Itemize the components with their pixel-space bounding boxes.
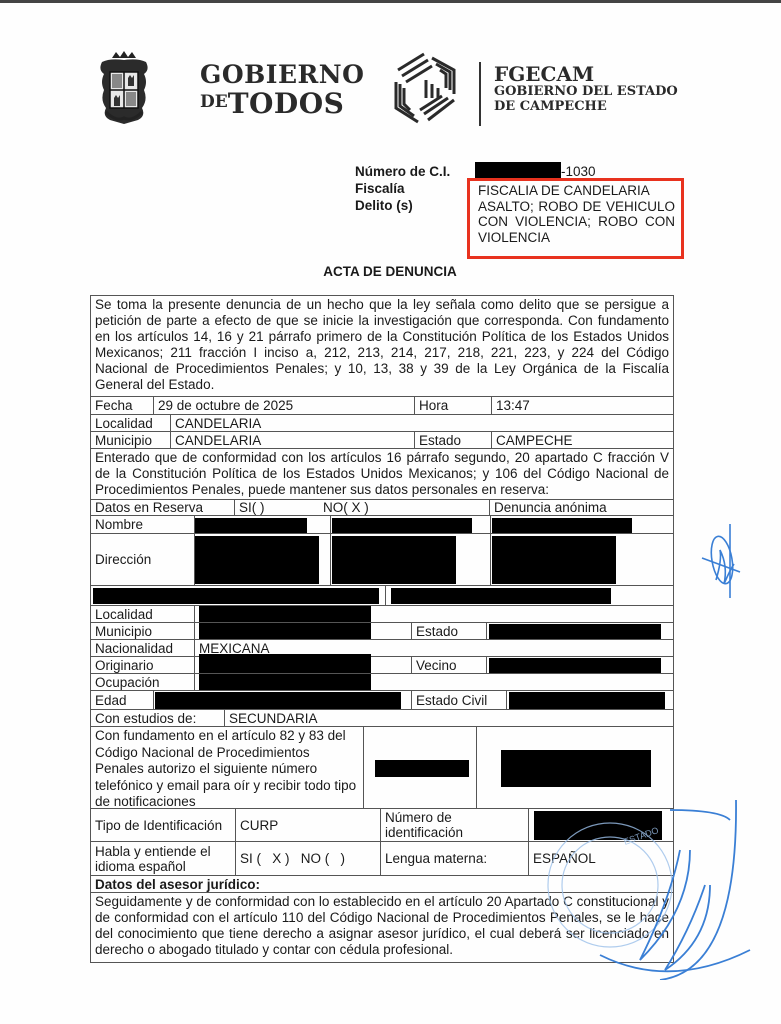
persona-estado-label: Estado (411, 623, 486, 639)
case-number-label: Número de C.I. (355, 164, 450, 180)
fiscalia-label: Fiscalía (355, 181, 405, 197)
direccion-extra-row (91, 585, 673, 605)
intro-text: Se toma la presente denuncia de un hecho… (91, 296, 673, 394)
svg-text:ESTADO: ESTADO (622, 825, 660, 847)
localidad-row: Localidad CANDELARIA (91, 414, 673, 431)
nacionalidad-row: Nacionalidad MEXICANA (91, 639, 673, 656)
fgecam-subtitle-1: GOBIERNO DEL ESTADO (494, 84, 678, 99)
hora-label: Hora (414, 397, 491, 414)
hora-value: 13:47 (491, 397, 673, 414)
redacted-block (195, 536, 319, 584)
redacted-block (332, 518, 472, 533)
de-text: DE (200, 92, 228, 112)
delito-value: ASALTO; ROBO DE VEHICULO CON VIOLENCIA; … (478, 199, 675, 246)
ocupacion-row: Ocupación (91, 673, 673, 690)
estudios-label: Con estudios de: (91, 710, 224, 726)
redacted-block (93, 588, 379, 604)
reserva-no-option: NO( X ) (323, 500, 369, 515)
reserva-row: Datos en Reserva SI( ) NO( X ) Denuncia … (91, 499, 673, 515)
redacted-block (489, 624, 661, 639)
fgecam-hexagon-logo-icon (388, 48, 464, 128)
estado-civil-label: Estado Civil (411, 691, 506, 709)
originario-row: Originario Vecino (91, 656, 673, 673)
reserva-si-option: SI( ) (239, 500, 323, 515)
redacted-block (492, 518, 632, 533)
logo-divider (479, 62, 481, 126)
redacted-block (332, 536, 456, 584)
redacted-block (155, 692, 401, 709)
reserva-label: Datos en Reserva (91, 500, 234, 515)
redacted-block (492, 536, 616, 584)
reserva-options: SI( ) NO( X ) (234, 500, 489, 515)
persona-municipio-label: Municipio (91, 623, 194, 639)
habla-espanol-label: Habla y entiende el idioma español (91, 842, 235, 875)
numero-identificacion-label: Número de identificación (380, 809, 528, 841)
letterhead: GOBIERNO DETODOS FGECAM GOBIERNO DEL EST… (96, 48, 696, 133)
redacted-block (489, 658, 661, 673)
scan-edge (0, 0, 781, 3)
handwritten-signature-icon (700, 520, 745, 600)
edad-row: Edad Estado Civil (91, 690, 673, 709)
todos-text: TODOS (228, 87, 345, 120)
case-number-suffix: -1030 (561, 164, 596, 179)
localidad-value: CANDELARIA (170, 415, 673, 431)
document-page: GOBIERNO DETODOS FGECAM GOBIERNO DEL EST… (0, 0, 781, 1024)
reserva-text: Enterado que de conformidad con los artí… (91, 449, 673, 499)
intro-row: Se toma la presente denuncia de un hecho… (91, 296, 673, 396)
fiscalia-delito-values: FISCALIA DE CANDELARIA ASALTO; ROBO DE V… (478, 183, 675, 245)
state-coat-of-arms-icon (98, 50, 150, 126)
fiscalia-value: FISCALIA DE CANDELARIA (478, 183, 675, 199)
fgecam-logo: FGECAM GOBIERNO DEL ESTADO DE CAMPECHE (494, 64, 678, 114)
direccion-row: Dirección (91, 533, 673, 585)
persona-localidad-label: Localidad (91, 606, 194, 622)
habla-espanol-value: SI ( X ) NO ( ) (235, 842, 380, 875)
fgecam-title: FGECAM (494, 64, 678, 84)
redacted-block (375, 760, 469, 777)
estado-value: CAMPECHE (491, 432, 673, 448)
persona-localidad-row: Localidad (91, 605, 673, 622)
tipo-identificacion-label: Tipo de Identificación (91, 809, 235, 841)
estado-label: Estado (414, 432, 491, 448)
municipio-row: Municipio CANDELARIA Estado CAMPECHE (91, 431, 673, 448)
estudios-row: Con estudios de: SECUNDARIA (91, 709, 673, 726)
notificaciones-text: Con fundamento en el artículo 82 y 83 de… (91, 727, 363, 808)
gobierno-text: GOBIERNO (200, 62, 364, 88)
redacted-block (501, 750, 651, 787)
denuncia-anonima-label: Denuncia anónima (489, 500, 673, 515)
redacted-block (199, 606, 371, 623)
estudios-value: SECUNDARIA (224, 710, 673, 726)
persona-municipio-row: Municipio Estado (91, 622, 673, 639)
document-title: ACTA DE DENUNCIA (323, 264, 457, 279)
tipo-identificacion-value: CURP (235, 809, 380, 841)
redacted-block (475, 162, 561, 178)
redacted-block (199, 674, 371, 691)
gobierno-de-todos-logo: GOBIERNO DETODOS (200, 62, 364, 118)
nacionalidad-label: Nacionalidad (91, 640, 194, 656)
redacted-block (199, 654, 371, 674)
originario-label: Originario (91, 657, 194, 673)
redacted-block (195, 518, 307, 533)
nombre-label: Nombre (91, 516, 194, 533)
fecha-row: Fecha 29 de octubre de 2025 Hora 13:47 (91, 396, 673, 414)
ocupacion-label: Ocupación (91, 674, 194, 690)
reserva-text-row: Enterado que de conformidad con los artí… (91, 448, 673, 499)
redacted-block (391, 588, 611, 604)
edad-label: Edad (91, 691, 153, 709)
fecha-label: Fecha (91, 397, 153, 414)
lengua-materna-label: Lengua materna: (380, 842, 528, 875)
nombre-row: Nombre (91, 515, 673, 533)
municipio-value: CANDELARIA (170, 432, 414, 448)
localidad-label: Localidad (91, 415, 170, 431)
municipio-label: Municipio (91, 432, 170, 448)
redacted-block (199, 623, 371, 640)
fecha-value: 29 de octubre de 2025 (153, 397, 414, 414)
delito-label: Delito (s) (355, 198, 413, 214)
vecino-label: Vecino (411, 657, 486, 673)
official-stamp-icon: ESTADO (540, 790, 780, 980)
direccion-label: Dirección (91, 534, 194, 585)
fgecam-subtitle-2: DE CAMPECHE (494, 99, 678, 114)
redacted-block (509, 692, 665, 709)
